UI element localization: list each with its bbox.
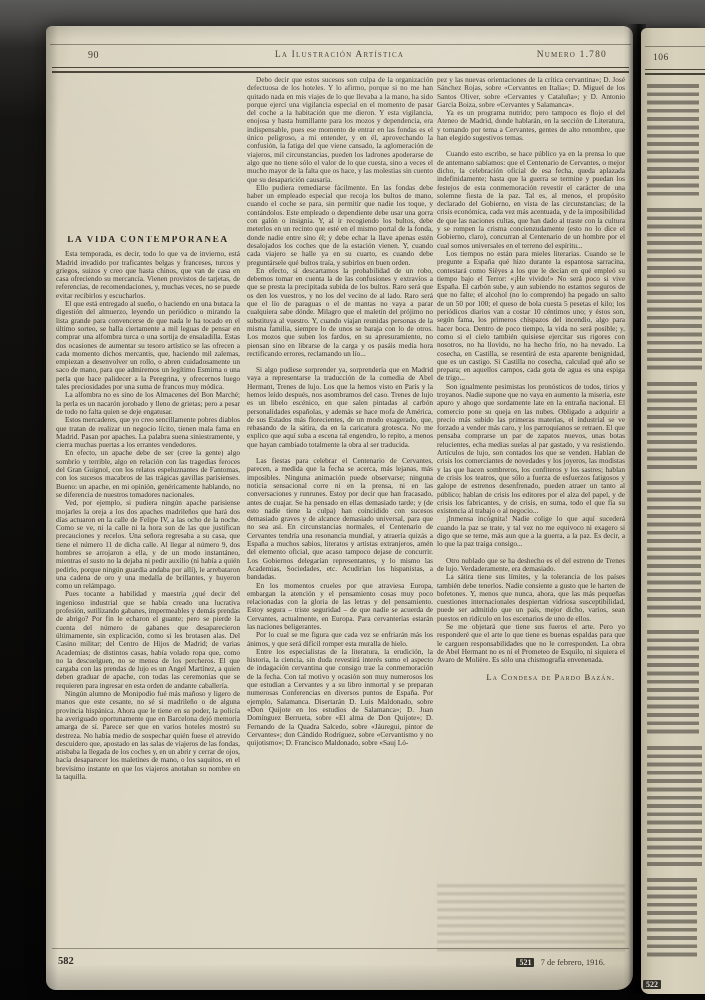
cutoff-text-block [647,878,697,961]
text-column-1: LA VIDA CONTEMPORÁNEA Esta temporada, es… [56,236,240,966]
paragraph: Las fiestas para celebrar el Centenario … [247,457,433,581]
paragraph: Se me objetará que tiene sus fueros el a… [437,623,625,664]
cutoff-text-block [647,746,702,870]
paragraph: Debo decir que estos sucesos son culpa d… [247,76,433,184]
paragraph: En efecto, si descartamos la probabilida… [247,267,433,358]
footer-rule [52,948,629,949]
adjacent-page-number: 106 [653,53,669,63]
paragraph: Otro nublado que se ha deshecho es el de… [437,557,625,574]
running-header: 90 La Ilustración Artística Numero 1.780 [54,50,625,64]
paragraph: La sátira tiene sus límites, y la tolera… [437,573,625,623]
print-showthrough [437,884,625,956]
text-column-2: Debo decir que estos sucesos son culpa d… [247,76,433,968]
header-double-rule [645,69,705,75]
page-top-rule [645,46,705,47]
cutoff-text-block [647,84,699,200]
paragraph: Pues tocante a habilidad y maestría ¿qué… [56,590,240,690]
paragraph: En los momentos crueles por que atravies… [247,582,433,632]
paragraph: Son igualmente pesimistas los pronóstico… [437,383,625,516]
paragraph: Estos mercaderes, que yo creo sencillame… [56,416,240,449]
cutoff-text-block [647,382,697,473]
paragraph: Ya es un programa nutrido; pero tampoco … [437,109,625,142]
paragraph: Si algo pudiese sorprender ya, sorprende… [247,366,433,449]
paragraph: Ved, por ejemplo, si pudiera ningún apac… [56,499,240,590]
catalog-stamp: 521 [516,958,534,967]
paragraph: Ello pudiera remediarse fácilmente. En l… [247,184,433,267]
issue-date: 7 de febrero, 1916. [541,957,605,967]
paragraph: ¡Inmensa incógnita! Nadie colige lo que … [437,515,625,548]
scanned-photo-background: 90 La Ilustración Artística Numero 1.780… [0,0,705,1000]
page-top-rule [50,44,631,45]
paragraph: Cuando esto escribo, se hace público ya … [437,150,625,250]
paragraph: La alfombra no es sino de los Almacenes … [56,391,240,416]
magazine-page: 90 La Ilustración Artística Numero 1.780… [46,26,633,990]
paragraph: Por lo cual se me figura que cada vez se… [247,631,433,648]
paragraph: En efecto, un apache debe de ser (cree l… [56,449,240,499]
paragraph: Entre los especialistas de la literatura… [247,648,433,748]
article-title: LA VIDA CONTEMPORÁNEA [56,236,240,244]
adjacent-page-edge: 106 522 [641,28,705,994]
paragraph: Los tiempos no están para mieles literar… [437,250,625,383]
cutoff-text-block [647,208,702,374]
folio-number: 582 [58,956,74,967]
adjacent-catalog-stamp: 522 [643,980,661,989]
text-column-3: pez y las nuevas orientaciones de la crí… [437,76,625,968]
issue-number: Numero 1.780 [537,50,607,60]
author-signature: La Condesa de Pardo Bazán. [437,673,625,681]
cutoff-text-block [647,630,699,738]
header-double-rule [52,67,629,73]
footer-date-group: 521 7 de febrero, 1916. [516,957,605,967]
paragraph: pez y las nuevas orientaciones de la crí… [437,76,625,109]
cutoff-text-block [647,481,701,622]
cutoff-text-fragments [641,84,705,969]
paragraph: Esta temporada, es decir, todo lo que va… [56,250,240,300]
paragraph: Ningún alumno de Monipodio fué más maños… [56,690,240,781]
paragraph: El que está entregado al sueño, o hacien… [56,300,240,391]
